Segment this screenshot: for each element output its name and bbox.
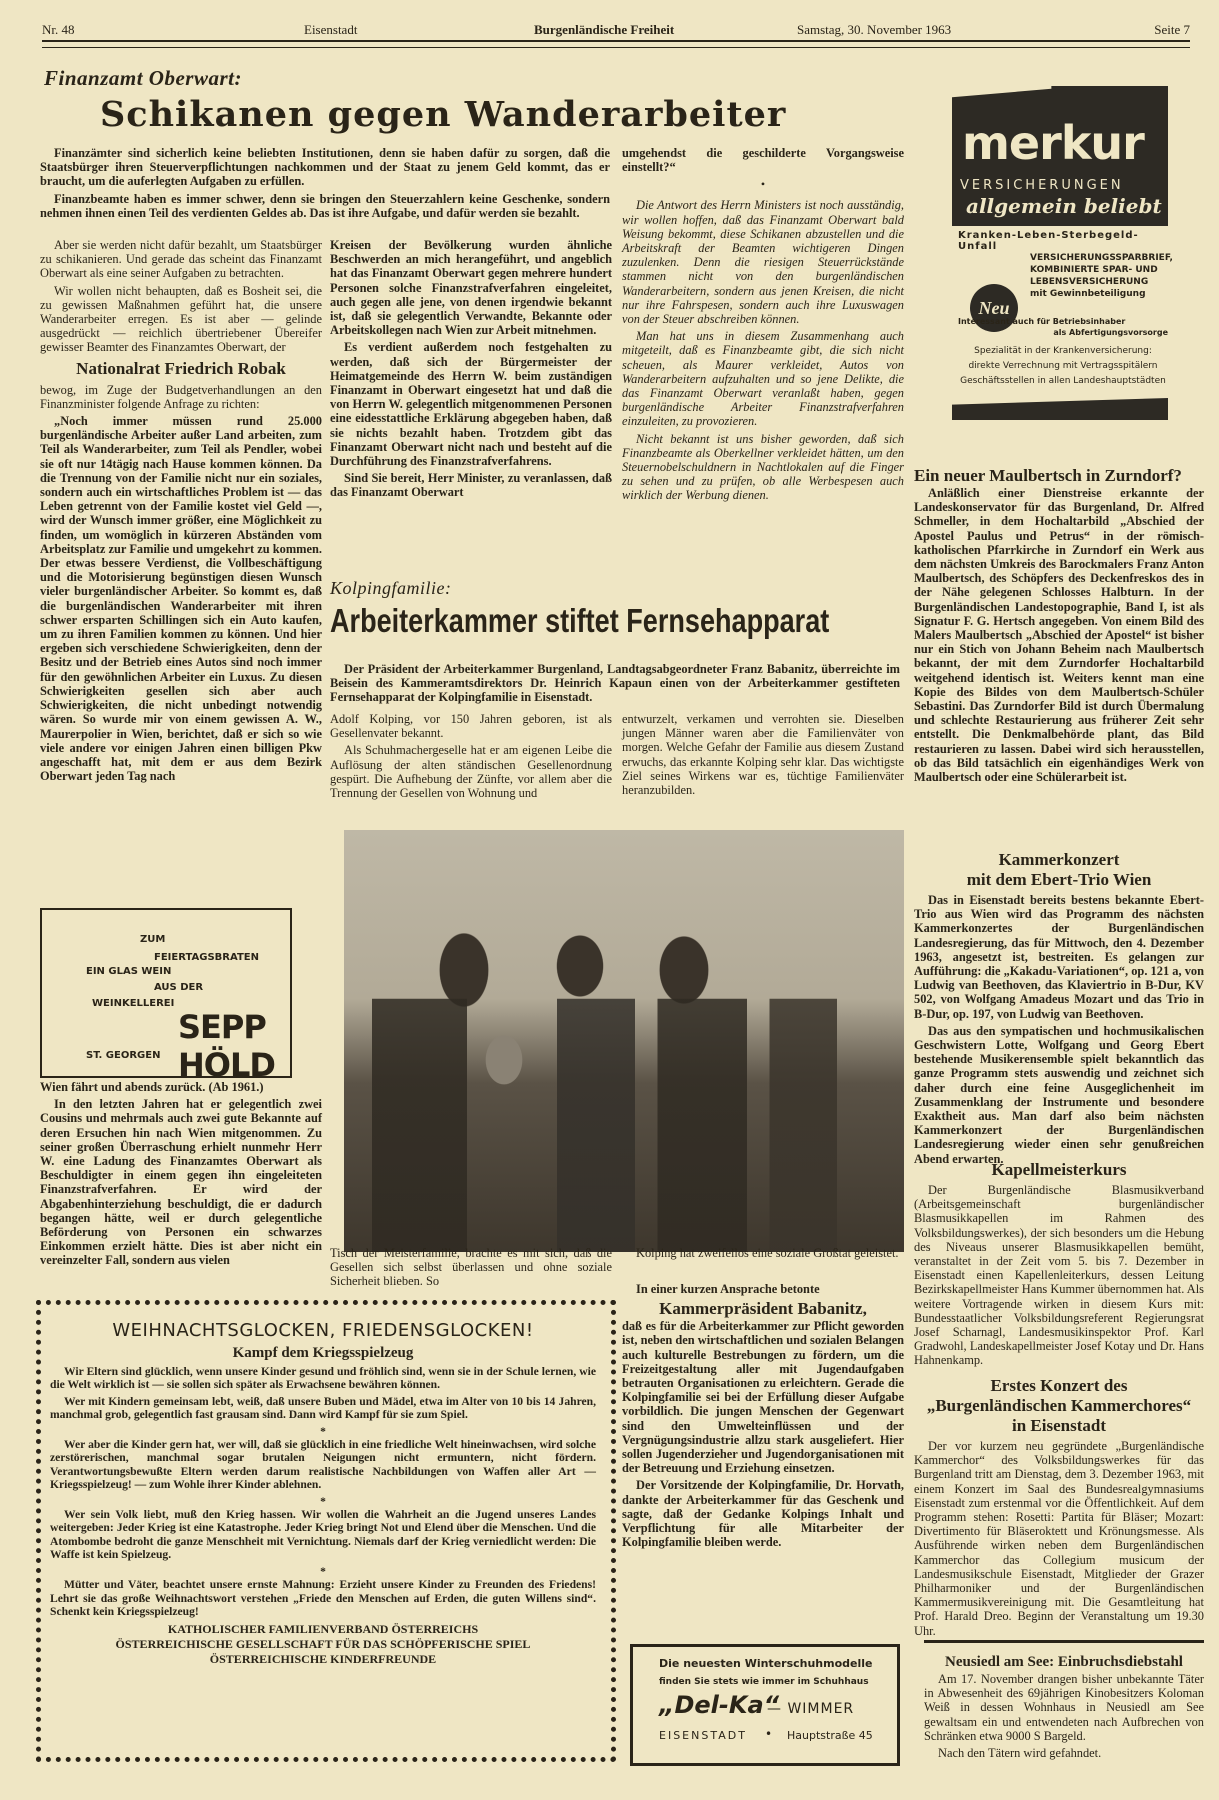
- finanzamt-col1-cont: Wien fährt und abends zurück. (Ab 1961.)…: [40, 1080, 322, 1271]
- paper-name: Burgenländische Freiheit: [534, 22, 674, 38]
- divider: [924, 1640, 1204, 1643]
- finanzamt-lead: Finanzämter sind sicherlich keine belieb…: [40, 146, 610, 223]
- article-neusiedl: Neusiedl am See: Einbruchsdiebstahl Am 1…: [924, 1652, 1204, 1763]
- finanzamt-col3: umgehendst die geschilderte Vorgangsweis…: [622, 146, 904, 506]
- finanzamt-col2: Kreisen der Bevölkerung wurden ähnliche …: [330, 238, 612, 503]
- ad-delka: Die neuesten Winterschuhmodelle finden S…: [630, 1644, 900, 1766]
- finanzamt-col1: Aber sie werden nicht dafür bezahlt, um …: [40, 238, 322, 786]
- robak-subhead: Nationalrat Friedrich Robak: [40, 359, 322, 379]
- kolping-headline: Arbeiterkammer stiftet Fernsehapparat: [330, 602, 829, 640]
- finanzamt-kicker: Finanzamt Oberwart:: [44, 66, 242, 91]
- issue-number: Nr. 48: [42, 22, 75, 38]
- kolping-col-b: entwurzelt, verkamen und verrohten sie. …: [622, 712, 904, 800]
- box-weihnachten: WEIHNACHTSGLOCKEN, FRIEDENSGLOCKEN! Kamp…: [50, 1320, 596, 1667]
- kolping-photo: [344, 830, 904, 1252]
- article-kapellmeisterkurs: Kapellmeisterkurs Der Burgenländische Bl…: [914, 1160, 1204, 1371]
- masthead-city: Eisenstadt: [304, 22, 357, 38]
- ad-merkur: merkur VERSICHERUNGEN allgemein beliebt …: [952, 86, 1168, 422]
- issue-date: Samstag, 30. November 1963: [797, 22, 951, 38]
- merkur-logo: merkur: [962, 116, 1144, 170]
- masthead-rule: [42, 40, 1190, 48]
- delka-brand: „Del-Ka“: [659, 1691, 779, 1719]
- article-maulbertsch: Ein neuer Maulbertsch in Zurndorf? Anläß…: [914, 466, 1204, 787]
- article-kammerkonzert: Kammerkonzert mit dem Ebert-Trio Wien Da…: [914, 850, 1204, 1169]
- robak-quote: „Noch immer müssen rund 25.000 burgenlän…: [40, 414, 322, 783]
- kolping-kicker: Kolpingfamilie:: [330, 578, 452, 599]
- ad-sepp-hoeld: ZUM FEIERTAGSBRATEN EIN GLAS WEIN AUS DE…: [40, 908, 292, 1078]
- signatories: KATHOLISCHER FAMILIENVERBAND ÖSTERREICHS…: [50, 1622, 596, 1667]
- article-kammerchor: Erstes Konzert des „Burgenländischen Kam…: [914, 1376, 1204, 1641]
- kolping-speech: In einer kurzen Ansprache betonte Kammer…: [622, 1282, 904, 1552]
- finanzamt-headline: Schikanen gegen Wanderarbeiter: [100, 94, 786, 135]
- kolping-col-a: Adolf Kolping, vor 150 Jahren geboren, i…: [330, 712, 612, 803]
- kolping-lead: Der Präsident der Arbeiterkammer Burgenl…: [330, 662, 900, 708]
- masthead: Nr. 48 Eisenstadt Burgenländische Freihe…: [42, 18, 1190, 40]
- box-title: WEIHNACHTSGLOCKEN, FRIEDENSGLOCKEN!: [50, 1320, 596, 1341]
- wine-brand: SEPP HÖLD: [178, 1008, 290, 1084]
- babanitz-subhead: Kammerpräsident Babanitz,: [622, 1299, 904, 1319]
- page-number: Seite 7: [1154, 22, 1190, 38]
